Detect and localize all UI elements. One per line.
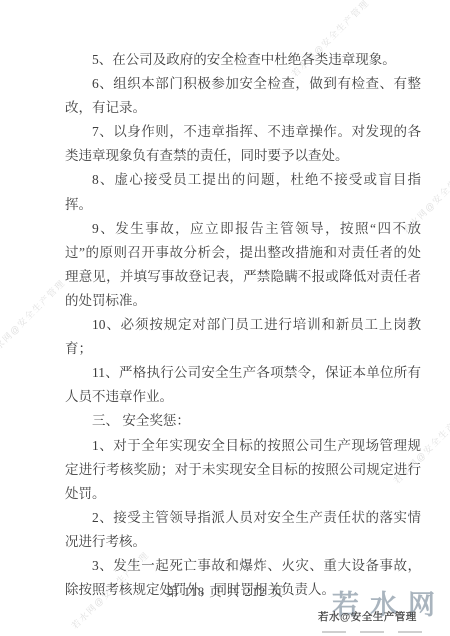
paragraph-item-7: 7、以身作则，不违章指挥、不违章操作。对发现的各类违章现象负有查禁的责任，同时要… [65, 120, 421, 168]
document-page: 若水网@安全生产管理 若水网@安全生产管理 若水网@安全生产管理 若水网@安全生… [0, 0, 450, 636]
paragraph-item-8: 8、虚心接受员工提出的问题，杜绝不接受或盲目指挥。 [65, 168, 421, 216]
paragraph-item-10: 10、必须按规定对部门员工进行培训和新员工上岗教育； [65, 313, 421, 361]
ruoshui-site-logo: 若水网 若水@安全生产管理 [316, 590, 448, 634]
paragraph-item-r1: 1、对于全年实现安全目标的按照公司生产现场管理规定进行考核奖励；对于未实现安全目… [65, 434, 421, 506]
paragraph-item-9: 9、发生事故，应立即报告主管领导，按照“四不放过”的原则召开事故分析会，提出整改… [65, 217, 421, 313]
paragraph-item-11: 11、严格执行公司安全生产各项禁令，保证本单位所有人员不违章作业。 [65, 361, 421, 409]
section-heading-rewards: 三、 安全奖惩： [65, 409, 421, 433]
paragraph-item-r2: 2、接受主管领导指派人员对安全生产责任状的落实情况进行考核。 [65, 506, 421, 554]
logo-watermark-overlay: 若水@安全生产管理 [318, 609, 417, 624]
paragraph-item-6: 6、组织本部门积极参加安全检查，做到有检查、有整改，有记录。 [65, 72, 421, 120]
diagonal-watermark: 若水网@安全生产管理 [0, 276, 68, 360]
paragraph-item-5: 5、在公司及政府的安全检查中杜绝各类违章现象。 [65, 48, 421, 72]
document-body: 5、在公司及政府的安全检查中杜绝各类违章现象。 6、组织本部门积极参加安全检查，… [65, 48, 421, 602]
logo-underline-decoration [322, 631, 422, 633]
